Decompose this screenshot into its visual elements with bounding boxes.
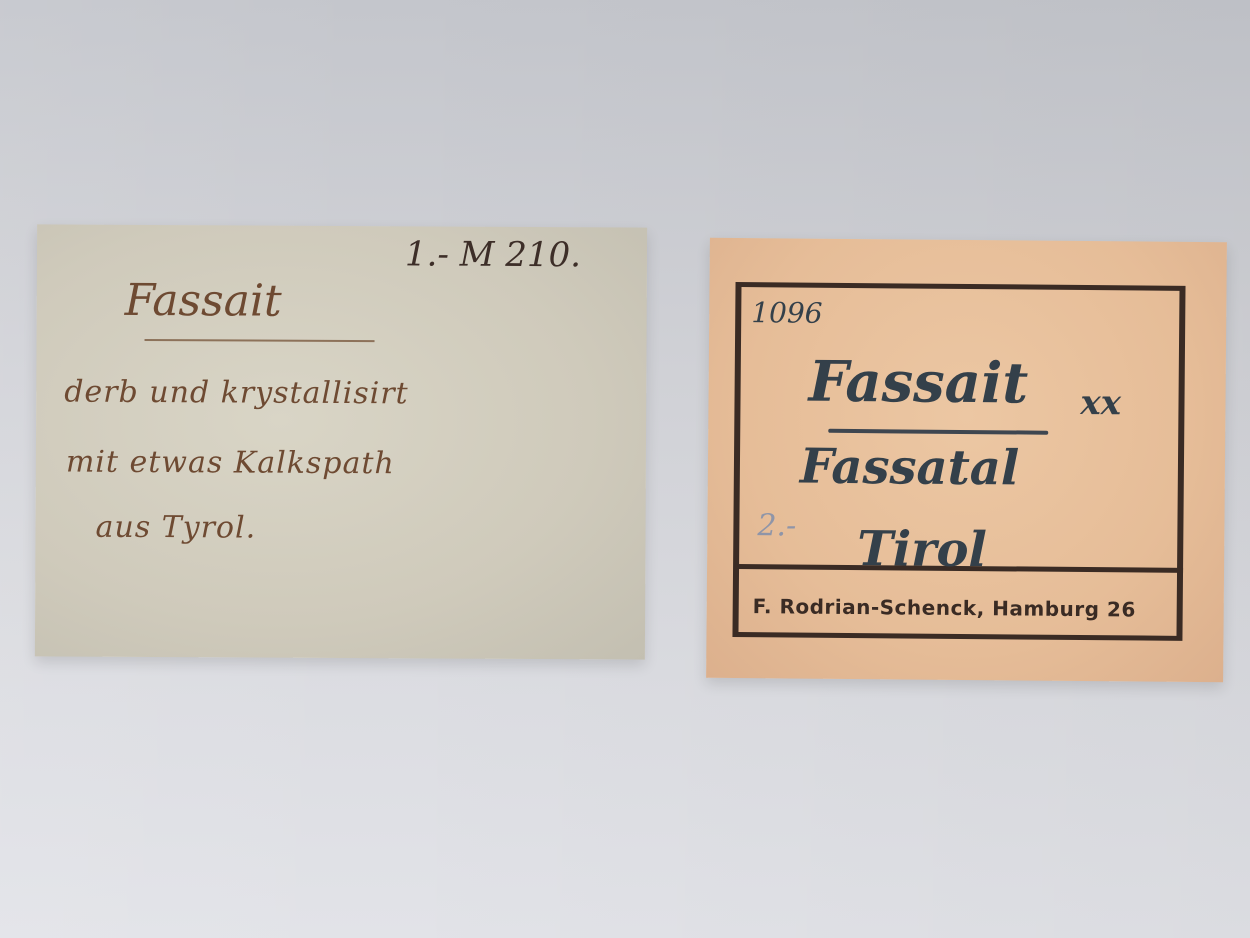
left-specimen-label: 1.- M 210. Fassait derb und krystallisir… xyxy=(35,224,647,659)
right-label-quality-mark: xx xyxy=(1080,383,1121,423)
left-label-line-2: mit etwas Kalkspath xyxy=(66,445,395,482)
right-label-printed-dealer: F. Rodrian-Schenck, Hamburg 26 xyxy=(753,594,1136,621)
right-label-region: Tirol xyxy=(857,521,987,578)
right-label-catalog-number: 1096 xyxy=(751,296,823,330)
right-specimen-label: 1096 Fassait xx Fassatal 2.- Tirol F. Ro… xyxy=(706,238,1227,682)
left-label-line-1: derb und krystallisirt xyxy=(64,375,409,412)
left-label-name-underline xyxy=(145,339,375,342)
right-label-locality: Fassatal xyxy=(800,439,1020,497)
right-label-pencil-price: 2.- xyxy=(757,508,796,543)
right-label-mineral-name: Fassait xyxy=(808,349,1028,417)
left-label-line-3: aus Tyrol. xyxy=(95,510,256,546)
left-label-mineral-name: Fassait xyxy=(125,275,282,327)
left-label-price: 1.- M 210. xyxy=(405,234,581,275)
